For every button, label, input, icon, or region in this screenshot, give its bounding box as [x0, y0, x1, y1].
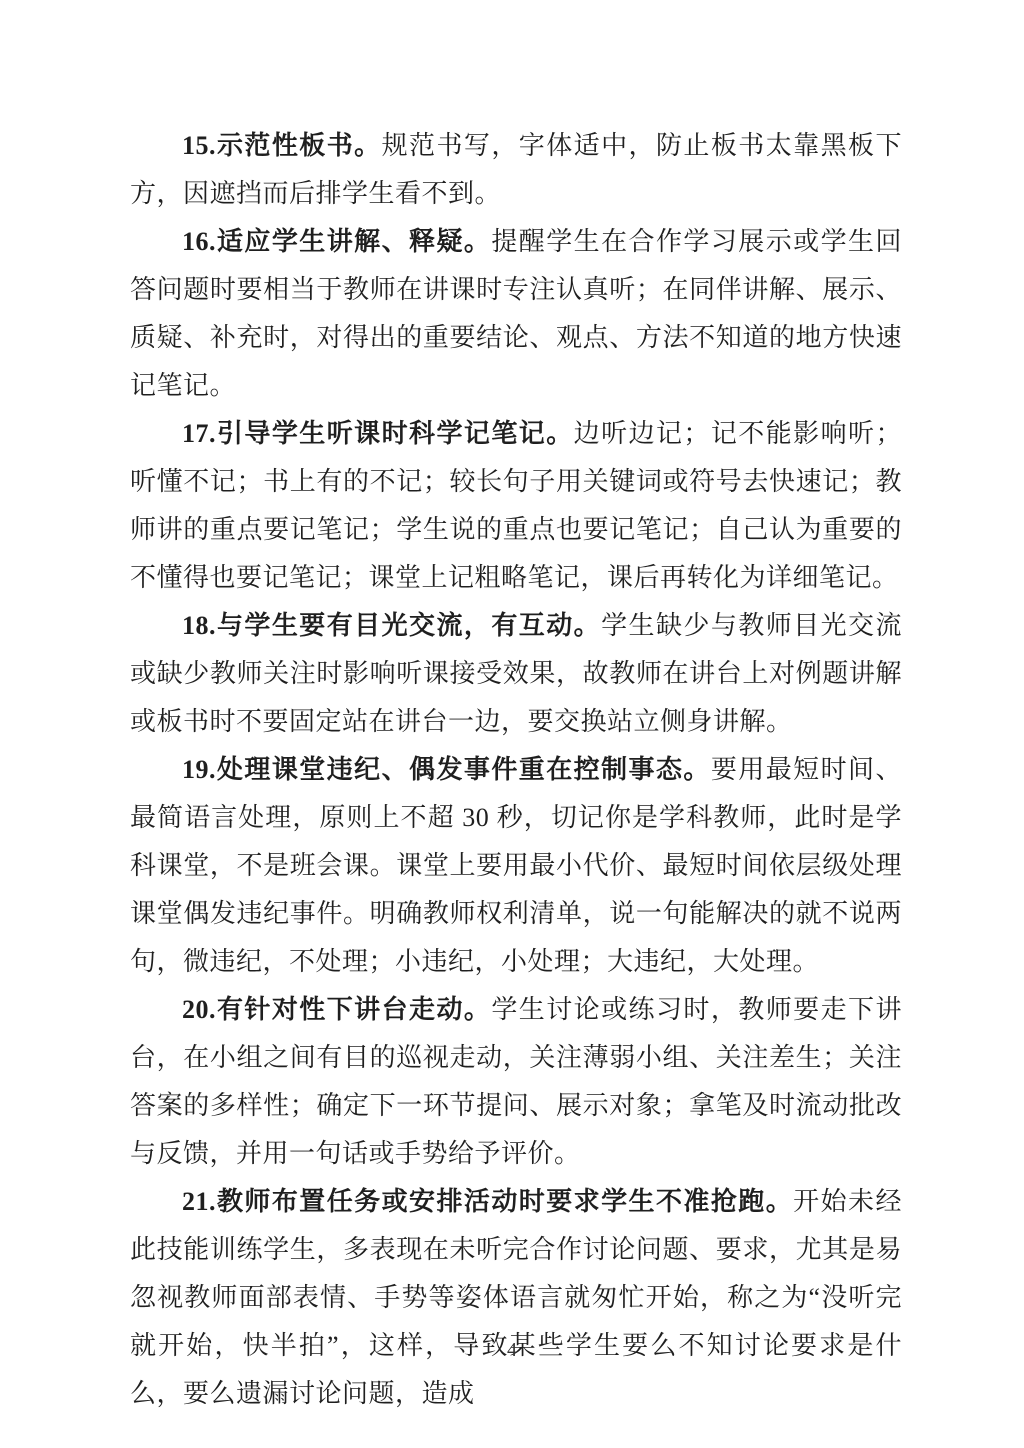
paragraph-heading: 17.引导学生听课时科学记笔记。 [182, 419, 574, 448]
paragraph: 19.处理课堂违纪、偶发事件重在控制事态。要用最短时间、最简语言处理，原则上不超… [130, 746, 902, 986]
document-body: 15.示范性板书。规范书写，字体适中，防止板书太靠黑板下方，因遮挡而后排学生看不… [130, 122, 902, 1418]
page-footer: 4 [0, 1336, 1024, 1364]
paragraph: 18.与学生要有目光交流，有互动。学生缺少与教师目光交流或缺少教师关注时影响听课… [130, 602, 902, 746]
paragraph-heading: 15.示范性板书。 [182, 131, 382, 160]
paragraph-heading: 18.与学生要有目光交流，有互动。 [182, 611, 601, 640]
document-page: 15.示范性板书。规范书写，字体适中，防止板书太靠黑板下方，因遮挡而后排学生看不… [0, 0, 1024, 1448]
page-number: 4 [507, 1336, 517, 1364]
paragraph: 20.有针对性下讲台走动。学生讨论或练习时，教师要走下讲台，在小组之间有目的巡视… [130, 986, 902, 1178]
paragraph-body-text: 要用最短时间、最简语言处理，原则上不超 30 秒，切记你是学科教师，此时是学科课… [130, 755, 902, 976]
paragraph: 15.示范性板书。规范书写，字体适中，防止板书太靠黑板下方，因遮挡而后排学生看不… [130, 122, 902, 218]
paragraph-heading: 21.教师布置任务或安排活动时要求学生不准抢跑。 [182, 1187, 793, 1216]
paragraph-body-text: 开始未经此技能训练学生，多表现在未听完合作讨论问题、要求，尤其是易忽视教师面部表… [130, 1187, 902, 1408]
paragraph-heading: 20.有针对性下讲台走动。 [182, 995, 491, 1024]
paragraph: 16.适应学生讲解、释疑。提醒学生在合作学习展示或学生回答问题时要相当于教师在讲… [130, 218, 902, 410]
paragraph: 17.引导学生听课时科学记笔记。边听边记；记不能影响听；听懂不记；书上有的不记；… [130, 410, 902, 602]
paragraph-heading: 16.适应学生讲解、释疑。 [182, 227, 491, 256]
paragraph-heading: 19.处理课堂违纪、偶发事件重在控制事态。 [182, 755, 711, 784]
paragraph: 21.教师布置任务或安排活动时要求学生不准抢跑。开始未经此技能训练学生，多表现在… [130, 1178, 902, 1418]
